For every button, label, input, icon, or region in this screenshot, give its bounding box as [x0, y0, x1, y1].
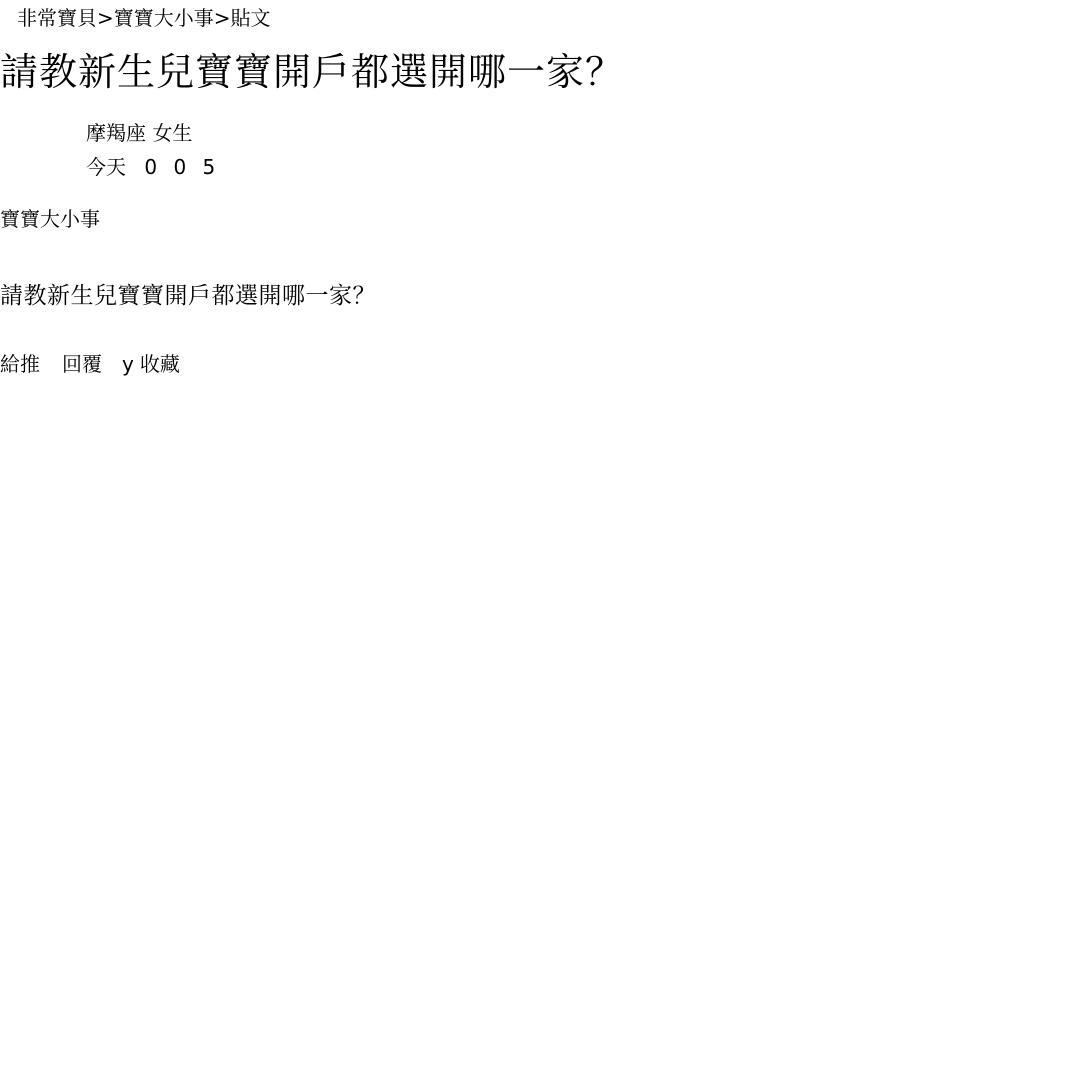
author-block: 摩羯座 女生 今天 0 0 5	[86, 116, 215, 184]
favorite-label: 收藏	[140, 352, 180, 376]
meta-count-3: 5	[203, 155, 216, 179]
breadcrumb-item-post[interactable]: 貼文	[231, 6, 271, 30]
breadcrumb-item-home[interactable]: 非常寶貝	[17, 6, 97, 30]
breadcrumb-separator: >	[97, 6, 114, 30]
post-actions: 給推 回覆 y收藏	[0, 350, 180, 378]
post-body: 請教新生兒寶寶開戶都選開哪一家？	[0, 280, 376, 312]
breadcrumb-separator: >	[214, 6, 231, 30]
like-button[interactable]: 給推	[0, 350, 40, 378]
post-meta: 今天 0 0 5	[86, 150, 215, 184]
breadcrumb: 非常寶貝>寶寶大小事>貼文	[17, 5, 271, 31]
forum-tag-link[interactable]: 寶寶大小事	[0, 205, 100, 233]
post-time: 今天	[86, 155, 126, 179]
author-line: 摩羯座 女生	[86, 116, 215, 150]
page-title: 請教新生兒寶寶開戶都選開哪一家？	[0, 48, 624, 96]
favorite-button[interactable]: y收藏	[122, 350, 180, 378]
reply-button[interactable]: 回覆	[62, 350, 102, 378]
author-gender: 女生	[152, 121, 192, 145]
favorite-icon: y	[122, 352, 134, 376]
meta-count-1: 0	[144, 155, 157, 179]
breadcrumb-item-forum[interactable]: 寶寶大小事	[114, 6, 214, 30]
meta-count-2: 0	[173, 155, 186, 179]
author-name[interactable]: 摩羯座	[86, 121, 146, 145]
